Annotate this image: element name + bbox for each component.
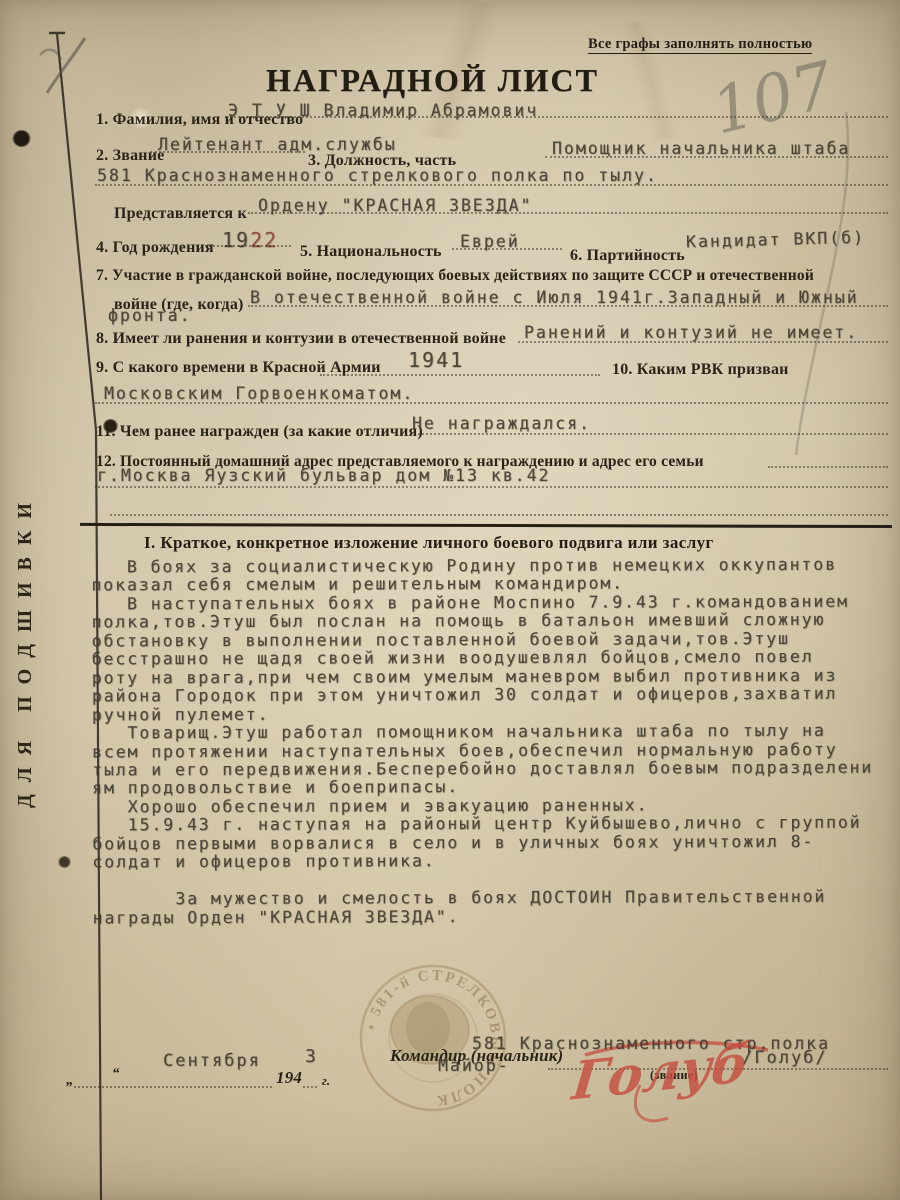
field-11-value: Не награждался.	[412, 414, 591, 433]
dotted-line	[110, 514, 888, 516]
field-7-value-line2: фронта.	[108, 306, 192, 325]
field-4-label: 4. Год рождения	[96, 239, 214, 257]
field-10-label: 10. Каким РВК призван	[612, 361, 789, 379]
field-11-label: 11. Чем ранее награжден (за какие отличи…	[96, 423, 423, 441]
dotted-line	[248, 212, 888, 214]
field-5-label: 5. Национальность	[300, 243, 442, 261]
dotted-line	[518, 341, 888, 343]
date-quote-close: “	[112, 1066, 120, 1083]
dotted-line	[248, 305, 888, 307]
dotted-line	[225, 116, 888, 118]
field-10-value: Московским Горвоенкоматом.	[104, 384, 414, 403]
field-9-value: 1941	[408, 348, 464, 372]
award-sheet-document: ▪ 581-й СТРЕЛКОВЫЙ ПОЛК Все графы заполн…	[0, 0, 900, 1200]
document-title: НАГРАДНОЙ ЛИСТ	[266, 62, 599, 99]
dotted-line	[545, 156, 888, 158]
filing-margin-note: ДЛЯ ПОДШИВКИ	[14, 408, 37, 808]
fill-all-fields-notice: Все графы заполнять полностью	[588, 36, 812, 54]
field-2-label: 2. Звание	[96, 147, 164, 165]
year-suffix: г.	[322, 1073, 330, 1089]
dotted-line	[303, 1086, 317, 1088]
dotted-line	[95, 486, 888, 488]
dotted-line	[452, 248, 562, 250]
field-8-value: Ранений и контузий не имеет.	[524, 323, 858, 342]
field-12-value: г.Москва Яузский бульвар дом №13 кв.42	[97, 466, 551, 485]
field-8-label: 8. Имеет ли ранения и контузии в отечест…	[96, 330, 506, 348]
dotted-line	[320, 374, 600, 376]
field-7-label: 7. Участие в гражданской войне, последую…	[96, 267, 814, 285]
birth-year-red: 22	[250, 228, 278, 252]
dotted-line	[196, 245, 291, 247]
dotted-line	[768, 466, 888, 468]
pencil-check-mark	[47, 38, 85, 93]
birth-year-black: 19	[222, 228, 250, 252]
dotted-line	[405, 433, 888, 435]
field-6-label: 6. Партийность	[570, 247, 685, 265]
date-quote-open: „	[66, 1072, 74, 1089]
date-month-typed: Сентября	[163, 1051, 261, 1071]
field-4-value: 1922	[222, 228, 278, 252]
year-printed: 194	[276, 1068, 302, 1088]
commander-name-typed: /Голуб/	[742, 1048, 828, 1068]
dotted-line	[95, 402, 888, 404]
section1-heading: I. Краткое, конкретное изложение личного…	[144, 533, 714, 553]
rank-typed: Майор-	[438, 1056, 510, 1075]
field-3-value-line2: 581 Краснознаменного стрелкового полка п…	[97, 166, 658, 185]
section1-body: В боях за социалистическую Родину против…	[91, 556, 898, 928]
presented-to-label: Представляется к	[114, 205, 247, 223]
dotted-line	[95, 184, 888, 186]
date-digit-typed: 3	[305, 1046, 318, 1067]
dotted-line	[150, 151, 305, 153]
dotted-line	[74, 1086, 272, 1088]
